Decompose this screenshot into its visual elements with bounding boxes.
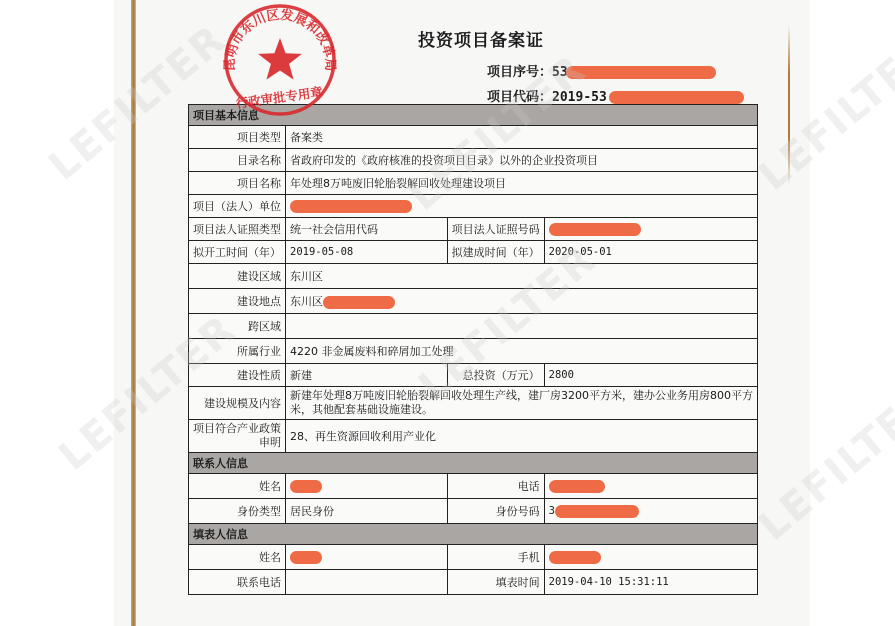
section-contact-info: 联系人信息	[189, 453, 758, 474]
redaction-bar	[323, 296, 395, 309]
redaction-bar	[290, 480, 322, 493]
redaction-bar	[549, 223, 641, 236]
filler-mobile-value	[544, 545, 757, 570]
id-no-value: 3	[544, 499, 757, 524]
document-title: 投资项目备案证	[418, 26, 544, 51]
nature-value: 新建	[286, 364, 448, 387]
svg-text:行政审批专用章: 行政审批专用章	[235, 84, 324, 111]
site-value: 东川区	[286, 289, 758, 314]
region-value: 东川区	[286, 264, 758, 289]
region-label: 建设区域	[189, 264, 286, 289]
redaction-bar	[555, 505, 639, 518]
section-filler-info: 填表人信息	[189, 524, 758, 545]
id-no-label: 身份号码	[447, 499, 544, 524]
investment-value: 2800	[544, 364, 757, 387]
legal-unit-label: 项目（法人）单位	[189, 195, 286, 218]
project-serial-label: 项目序号：	[487, 65, 552, 80]
catalog-label: 目录名称	[189, 149, 286, 172]
project-code-value: 2019-53	[552, 90, 607, 105]
nature-label: 建设性质	[189, 364, 286, 387]
start-time-value: 2019-05-08	[286, 241, 448, 264]
site-value-text: 东川区	[290, 295, 323, 308]
license-no-label: 项目法人证照号码	[447, 218, 544, 241]
site-label: 建设地点	[189, 289, 286, 314]
policy-value: 28、再生资源回收利用产业化	[286, 420, 758, 453]
catalog-value: 省政府印发的《政府核准的投资项目目录》以外的企业投资项目	[286, 149, 758, 172]
redaction-bar	[549, 551, 601, 564]
investment-label: 总投资（万元）	[447, 364, 544, 387]
finish-time-value: 2020-05-01	[544, 241, 757, 264]
redaction-bar	[290, 551, 322, 564]
project-type-label: 项目类型	[189, 126, 286, 149]
official-seal-icon: 昆明市东川区发展和改革局 行政审批专用章	[218, 2, 342, 120]
id-type-label: 身份类型	[189, 499, 286, 524]
redaction-bar	[566, 66, 716, 79]
paper-edge-right	[788, 25, 790, 185]
project-name-value: 年处理8万吨废旧轮胎裂解回收处理建设项目	[286, 172, 758, 195]
fill-time-label: 填表时间	[447, 570, 544, 595]
redaction-bar	[290, 200, 412, 213]
license-type-label: 项目法人证照类型	[189, 218, 286, 241]
project-code: 项目代码：2019-53	[487, 86, 744, 105]
project-name-label: 项目名称	[189, 172, 286, 195]
filler-name-value	[286, 545, 448, 570]
project-filing-table: 项目基本信息 项目类型 备案类 目录名称 省政府印发的《政府核准的投资项目目录》…	[188, 104, 758, 595]
scale-label: 建设规模及内容	[189, 387, 286, 420]
filler-contact-phone-label: 联系电话	[189, 570, 286, 595]
cross-region-value	[286, 314, 758, 339]
id-type-value: 居民身份	[286, 499, 448, 524]
legal-unit-value	[286, 195, 758, 218]
redaction-bar	[609, 91, 744, 104]
finish-time-label: 拟建成时间（年）	[447, 241, 544, 264]
contact-phone-value	[544, 474, 757, 499]
filler-contact-phone-value	[286, 570, 448, 595]
project-code-label: 项目代码：	[487, 90, 552, 105]
contact-phone-label: 电话	[447, 474, 544, 499]
project-serial: 项目序号：53	[487, 61, 716, 80]
policy-label: 项目符合产业政策申明	[189, 420, 286, 453]
scale-value: 新建年处理8万吨废旧轮胎裂解回收处理生产线，建厂房3200平方米，建办公业务用房…	[286, 387, 758, 420]
contact-name-label: 姓名	[189, 474, 286, 499]
project-type-value: 备案类	[286, 126, 758, 149]
redaction-bar	[549, 480, 605, 493]
industry-label: 所属行业	[189, 339, 286, 364]
industry-value: 4220 非金属废料和碎屑加工处理	[286, 339, 758, 364]
filler-mobile-label: 手机	[447, 545, 544, 570]
cross-region-label: 跨区域	[189, 314, 286, 339]
contact-name-value	[286, 474, 448, 499]
fill-time-value: 2019-04-10 15:31:11	[544, 570, 757, 595]
paper-edge-left	[131, 0, 136, 626]
license-no-value	[544, 218, 757, 241]
filler-name-label: 姓名	[189, 545, 286, 570]
start-time-label: 拟开工时间（年）	[189, 241, 286, 264]
license-type-value: 统一社会信用代码	[286, 218, 448, 241]
